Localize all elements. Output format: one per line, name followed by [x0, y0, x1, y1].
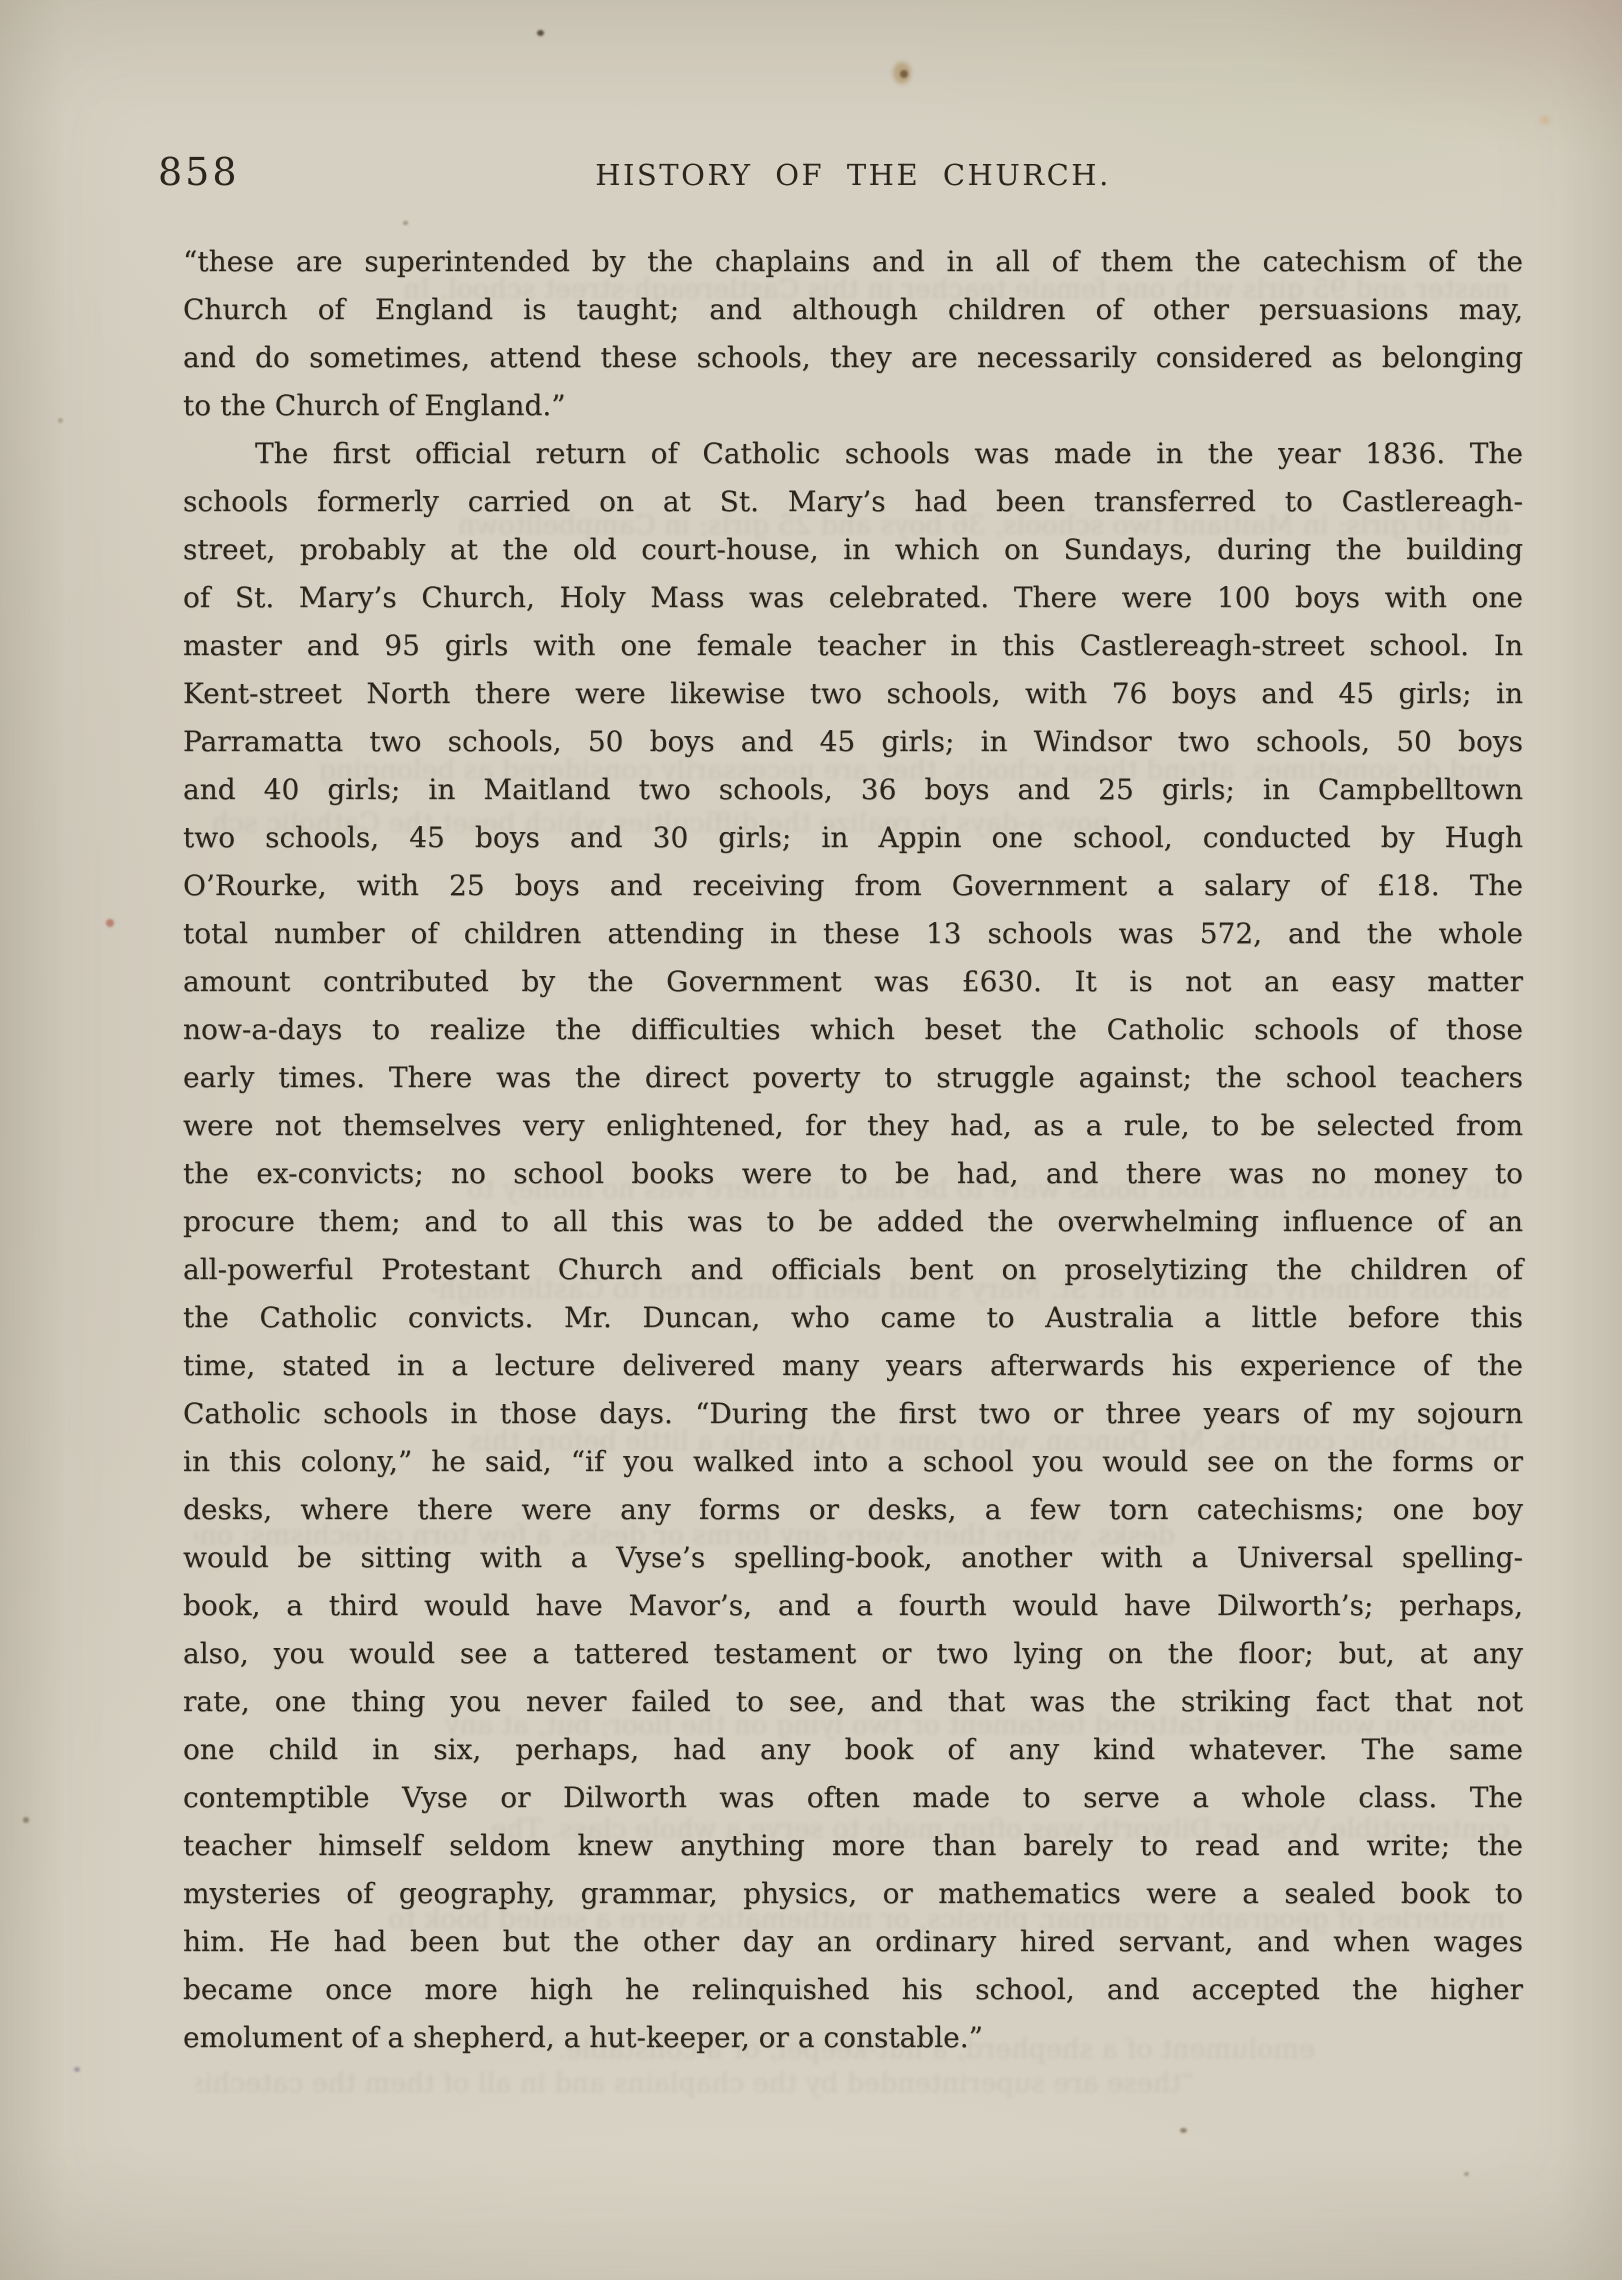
- text-line: one child in six, perhaps, had any book …: [183, 1726, 1523, 1774]
- paper-stain: [403, 221, 408, 225]
- text-line: schools formerly carried on at St. Mary’…: [183, 478, 1523, 526]
- text-line: the Catholic convicts. Mr. Duncan, who c…: [183, 1294, 1523, 1342]
- text-line: in this colony,” he said, “if you walked…: [183, 1438, 1523, 1486]
- paper-stain: [58, 418, 63, 423]
- text-line: of St. Mary’s Church, Holy Mass was cele…: [183, 574, 1523, 622]
- ghost-text-line: “these are superintended by the chaplain…: [195, 2066, 1195, 2102]
- text-line: would be sitting with a Vyse’s spelling-…: [183, 1534, 1523, 1582]
- body-text: “these are superintended by the chaplain…: [183, 238, 1523, 2062]
- text-line: procure them; and to all this was to be …: [183, 1198, 1523, 1246]
- text-line: time, stated in a lecture delivered many…: [183, 1342, 1523, 1390]
- paper-stain: [1464, 2172, 1469, 2176]
- running-head: 858 HISTORY OF THE CHURCH.: [158, 150, 1522, 196]
- text-line: now-a-days to realize the difficulties w…: [183, 1006, 1523, 1054]
- text-line: rate, one thing you never failed to see,…: [183, 1678, 1523, 1726]
- text-line: became once more high he relinquished hi…: [183, 1966, 1523, 2014]
- text-line: amount contributed by the Government was…: [183, 958, 1523, 1006]
- text-line: the ex-convicts; no school books were to…: [183, 1150, 1523, 1198]
- book-page: master and 95 girls with one female teac…: [0, 0, 1622, 2280]
- text-line: early times. There was the direct povert…: [183, 1054, 1523, 1102]
- text-line: and do sometimes, attend these schools, …: [183, 334, 1523, 382]
- text-line: The first official return of Catholic sc…: [183, 430, 1523, 478]
- text-line: street, probably at the old court-house,…: [183, 526, 1523, 574]
- text-line: contemptible Vyse or Dilworth was often …: [183, 1774, 1523, 1822]
- paper-stain: [1540, 116, 1550, 124]
- text-line: all-powerful Protestant Church and offic…: [183, 1246, 1523, 1294]
- paper-stain: [23, 1817, 29, 1823]
- text-line: Church of England is taught; and althoug…: [183, 286, 1523, 334]
- text-line: emolument of a shepherd, a hut-keeper, o…: [183, 2014, 1523, 2062]
- running-header-title: HISTORY OF THE CHURCH.: [183, 159, 1523, 191]
- text-line: him. He had been but the other day an or…: [183, 1918, 1523, 1966]
- text-line: master and 95 girls with one female teac…: [183, 622, 1523, 670]
- text-line: Catholic schools in those days. “During …: [183, 1390, 1523, 1438]
- text-line: two schools, 45 boys and 30 girls; in Ap…: [183, 814, 1523, 862]
- text-line: Kent-street North there were likewise tw…: [183, 670, 1523, 718]
- text-line: Parramatta two schools, 50 boys and 45 g…: [183, 718, 1523, 766]
- paper-stain: [893, 62, 911, 84]
- text-line: book, a third would have Mavor’s, and a …: [183, 1582, 1523, 1630]
- text-line: to the Church of England.”: [183, 382, 1523, 430]
- text-line: were not themselves very enlightened, fo…: [183, 1102, 1523, 1150]
- text-line: mysteries of geography, grammar, physics…: [183, 1870, 1523, 1918]
- text-line: “these are superintended by the chaplain…: [183, 238, 1523, 286]
- text-line: and 40 girls; in Maitland two schools, 3…: [183, 766, 1523, 814]
- paper-stain: [1180, 2128, 1187, 2133]
- text-line: total number of children attending in th…: [183, 910, 1523, 958]
- text-line: desks, where there were any forms or des…: [183, 1486, 1523, 1534]
- text-line: teacher himself seldom knew anything mor…: [183, 1822, 1523, 1870]
- text-line: O’Rourke, with 25 boys and receiving fro…: [183, 862, 1523, 910]
- paper-stain: [74, 2067, 80, 2072]
- paper-stain: [537, 30, 544, 36]
- text-line: also, you would see a tattered testament…: [183, 1630, 1523, 1678]
- paper-stain: [900, 70, 908, 78]
- paper-stain: [106, 919, 114, 927]
